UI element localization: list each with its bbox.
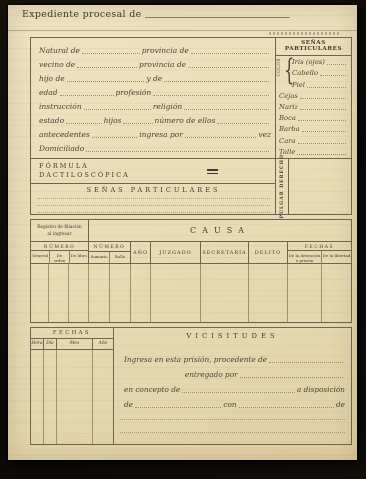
blank-line bbox=[66, 123, 101, 124]
vicisitudes-line4: de con de bbox=[124, 398, 345, 409]
empty-cell bbox=[201, 264, 249, 322]
particular-marks-title: SEÑAS PARTICULARES bbox=[31, 186, 276, 194]
blank-line bbox=[298, 120, 346, 121]
senas-item: Boca bbox=[279, 111, 348, 122]
filiation-block: Natural de provincia de vecino de provin… bbox=[30, 37, 352, 215]
empty-cell bbox=[110, 264, 131, 322]
formula-title-line2: DACTILOSCÓPICA bbox=[39, 171, 130, 180]
printer-code-mark bbox=[269, 32, 341, 35]
fechas-table-body bbox=[31, 350, 113, 444]
blank-line bbox=[240, 377, 343, 378]
group-subcolumns: Sumario Rollo bbox=[89, 252, 130, 263]
blank-line bbox=[298, 143, 346, 144]
senas-label: Iris (ojos) bbox=[292, 58, 325, 66]
empty-cell bbox=[322, 264, 351, 322]
senas-label: Piel bbox=[292, 81, 305, 89]
formula-title-line1: FÓRMULA bbox=[39, 162, 130, 171]
blank-line bbox=[86, 151, 269, 152]
document-title-row: Expediente procesal de bbox=[22, 9, 292, 20]
column-dia: Día bbox=[44, 339, 57, 349]
senas-label: Cejas bbox=[279, 92, 298, 100]
form-page: Expediente procesal de Natural de provin… bbox=[8, 5, 357, 460]
empty-cell bbox=[57, 350, 93, 444]
field-label: provincia de bbox=[142, 46, 189, 55]
line-label: con bbox=[223, 400, 236, 409]
blank-line bbox=[191, 53, 269, 54]
ruled-line bbox=[37, 205, 270, 206]
column-hora: Hora bbox=[31, 339, 44, 349]
corner-line2: al ingresar bbox=[31, 232, 88, 239]
line-label: de bbox=[336, 400, 345, 409]
field-label: Natural de bbox=[39, 46, 80, 55]
document-title: Expediente procesal de bbox=[22, 9, 142, 20]
field-label: instrucción bbox=[39, 102, 82, 111]
subcol-label: De orden bbox=[50, 251, 69, 264]
thumbprint-label: PULGAR DERECHO bbox=[280, 154, 285, 218]
field-row-antecedentes: antecedentes ingresa por vez bbox=[39, 127, 271, 139]
column-secretaria: SECRETARÍA bbox=[201, 242, 249, 263]
subcol-label: De libro bbox=[70, 251, 88, 264]
thumbprint-label-strip: PULGAR DERECHO bbox=[276, 159, 289, 214]
field-label: número de ellos bbox=[155, 116, 216, 125]
causa-body-row bbox=[31, 264, 351, 322]
blank-line bbox=[182, 392, 295, 393]
field-label: provincia de bbox=[139, 60, 186, 69]
empty-cell bbox=[131, 264, 151, 322]
group-label: NÚMERO bbox=[31, 242, 88, 251]
blank-line bbox=[92, 137, 137, 138]
numero-registry-group: NÚMERO General De orden De libro bbox=[31, 242, 89, 263]
blank-line bbox=[123, 123, 152, 124]
fechas-table: FECHAS Hora Día Mes Año bbox=[30, 327, 114, 445]
subcol-label: Rollo bbox=[110, 252, 130, 263]
ruled-line bbox=[37, 198, 270, 199]
field-row-vecino: vecino de provincia de bbox=[39, 57, 271, 69]
column-mes: Mes bbox=[57, 339, 93, 349]
subcol-label: Sumario bbox=[89, 252, 110, 263]
blank-line bbox=[153, 95, 269, 96]
senas-label: Nariz bbox=[279, 103, 298, 111]
ruled-line bbox=[37, 212, 270, 213]
empty-cell bbox=[288, 264, 322, 322]
blank-line bbox=[184, 109, 269, 110]
senas-item: Piel bbox=[279, 77, 348, 88]
column-ano: Año bbox=[93, 339, 113, 349]
field-row-estado: estado hijos número de ellos bbox=[39, 113, 271, 125]
subcol-label: General bbox=[31, 251, 50, 264]
senas-item: Cara bbox=[279, 133, 348, 144]
fechas-table-title: FECHAS bbox=[31, 328, 113, 339]
field-label: antecedentes bbox=[39, 130, 90, 139]
field-label: religión bbox=[153, 102, 182, 111]
empty-cell bbox=[44, 350, 57, 444]
line-label: de bbox=[124, 400, 133, 409]
causa-table: Registro de filiación al ingresar CAUSA … bbox=[30, 219, 352, 323]
formula-equals-mark bbox=[207, 169, 218, 174]
particular-marks-section: SEÑAS PARTICULARES bbox=[31, 184, 276, 215]
blank-line bbox=[67, 81, 145, 82]
numero-causa-group: NÚMERO Sumario Rollo bbox=[89, 242, 131, 263]
senas-item: Nariz bbox=[279, 100, 348, 111]
blank-line bbox=[307, 87, 346, 88]
vicisitudes-section: VICISITUDES Ingresa en esta prisión, pro… bbox=[114, 327, 352, 445]
causa-title: CAUSA bbox=[89, 220, 351, 241]
blank-line bbox=[77, 67, 137, 68]
line-label: en concepto de bbox=[124, 385, 180, 394]
header-rule bbox=[8, 30, 357, 31]
field-label: vez bbox=[258, 130, 271, 139]
blank-line bbox=[185, 137, 256, 138]
senas-item: Talle bbox=[279, 145, 348, 156]
senas-item: Barba bbox=[279, 122, 348, 133]
blank-line bbox=[297, 154, 346, 155]
empty-cell bbox=[89, 264, 110, 322]
blank-line bbox=[84, 109, 151, 110]
field-label: edad bbox=[39, 88, 58, 97]
empty-cell bbox=[249, 264, 288, 322]
causa-header-row2: NÚMERO General De orden De libro NÚMERO … bbox=[31, 242, 351, 264]
group-subcolumns: General De orden De libro bbox=[31, 251, 88, 264]
blank-line bbox=[82, 53, 140, 54]
empty-cell bbox=[151, 264, 201, 322]
blank-line bbox=[320, 75, 346, 76]
line-label: entregado por bbox=[185, 370, 238, 379]
senas-item: Cejas bbox=[279, 89, 348, 100]
blank-line bbox=[327, 64, 346, 65]
senas-label: Boca bbox=[279, 114, 296, 122]
blank-line bbox=[217, 123, 269, 124]
title-fill-line bbox=[145, 17, 290, 18]
blank-line bbox=[269, 362, 343, 363]
field-row-hijo: hijo de y de bbox=[39, 71, 271, 83]
blank-line bbox=[188, 67, 269, 68]
registry-corner-cell: Registro de filiación al ingresar bbox=[31, 220, 89, 241]
senas-item: Iris (ojos) bbox=[279, 55, 348, 66]
vicisitudes-line2: entregado por bbox=[124, 368, 345, 379]
field-label: Domiciliado bbox=[39, 144, 84, 153]
field-label: hijo de bbox=[39, 74, 65, 83]
blank-line bbox=[135, 407, 221, 408]
senas-label: Barba bbox=[279, 125, 300, 133]
field-row-instruccion: instrucción religión bbox=[39, 99, 271, 111]
line-label: Ingresa en esta prisión, procedente de bbox=[124, 355, 267, 364]
vicisitudes-line3: en concepto de a disposición bbox=[124, 383, 345, 394]
fechas-table-columns: Hora Día Mes Año bbox=[31, 339, 113, 350]
group-subcolumns: De la detención o prisión De la libertad bbox=[288, 251, 351, 264]
group-label: FECHAS bbox=[288, 242, 351, 251]
field-label: hijos bbox=[104, 116, 122, 125]
field-label: ingresa por bbox=[139, 130, 183, 139]
column-juzgado: JUZGADO bbox=[151, 242, 201, 263]
empty-cell bbox=[69, 264, 89, 322]
blank-line bbox=[60, 95, 114, 96]
field-row-edad: edad profesión bbox=[39, 85, 271, 97]
empty-cell bbox=[31, 350, 44, 444]
empty-cell bbox=[93, 350, 113, 444]
blank-line bbox=[239, 407, 334, 408]
group-label: NÚMERO bbox=[89, 242, 130, 252]
blank-line bbox=[164, 81, 269, 82]
fechas-group: FECHAS De la detención o prisión De la l… bbox=[288, 242, 351, 263]
line-label: a disposición bbox=[297, 385, 345, 394]
filiation-fields: Natural de provincia de vecino de provin… bbox=[31, 38, 276, 158]
blank-line bbox=[300, 98, 346, 99]
subcol-label: De la libertad bbox=[322, 251, 351, 264]
field-label: y de bbox=[146, 74, 162, 83]
field-label: estado bbox=[39, 116, 64, 125]
column-ano: AÑO bbox=[131, 242, 151, 263]
senas-column: SEÑAS PARTICULARES COLOR { Iris (ojos) C… bbox=[275, 38, 351, 214]
blank-line bbox=[302, 131, 346, 132]
blank-line bbox=[300, 109, 346, 110]
causa-header-row1: Registro de filiación al ingresar CAUSA bbox=[31, 220, 351, 242]
vicisitudes-line1: Ingresa en esta prisión, procedente de bbox=[124, 353, 345, 364]
field-row-domiciliado: Domiciliado bbox=[39, 141, 271, 153]
subcol-label: De la detención o prisión bbox=[288, 251, 322, 264]
photo-frame: Expediente procesal de Natural de provin… bbox=[0, 0, 366, 479]
field-row-natural: Natural de provincia de bbox=[39, 43, 271, 55]
senas-label: Cabello bbox=[292, 69, 318, 77]
fingerprint-formula-box: FÓRMULA DACTILOSCÓPICA bbox=[31, 158, 276, 184]
empty-cell bbox=[31, 264, 49, 322]
corner-line1: Registro de filiación bbox=[31, 225, 88, 232]
senas-item: Cabello bbox=[279, 66, 348, 77]
senas-list: Iris (ojos) Cabello Piel Cejas Nariz Boc… bbox=[279, 55, 348, 156]
field-label: vecino de bbox=[39, 60, 75, 69]
ruled-line bbox=[120, 432, 345, 433]
senas-label: Cara bbox=[279, 137, 296, 145]
empty-cell bbox=[49, 264, 69, 322]
formula-title: FÓRMULA DACTILOSCÓPICA bbox=[39, 162, 130, 181]
field-label: profesión bbox=[116, 88, 152, 97]
ruled-line bbox=[120, 419, 345, 420]
thumbprint-box: PULGAR DERECHO bbox=[276, 158, 351, 214]
column-delito: DELITO bbox=[249, 242, 288, 263]
vicisitudes-title: VICISITUDES bbox=[114, 332, 351, 340]
